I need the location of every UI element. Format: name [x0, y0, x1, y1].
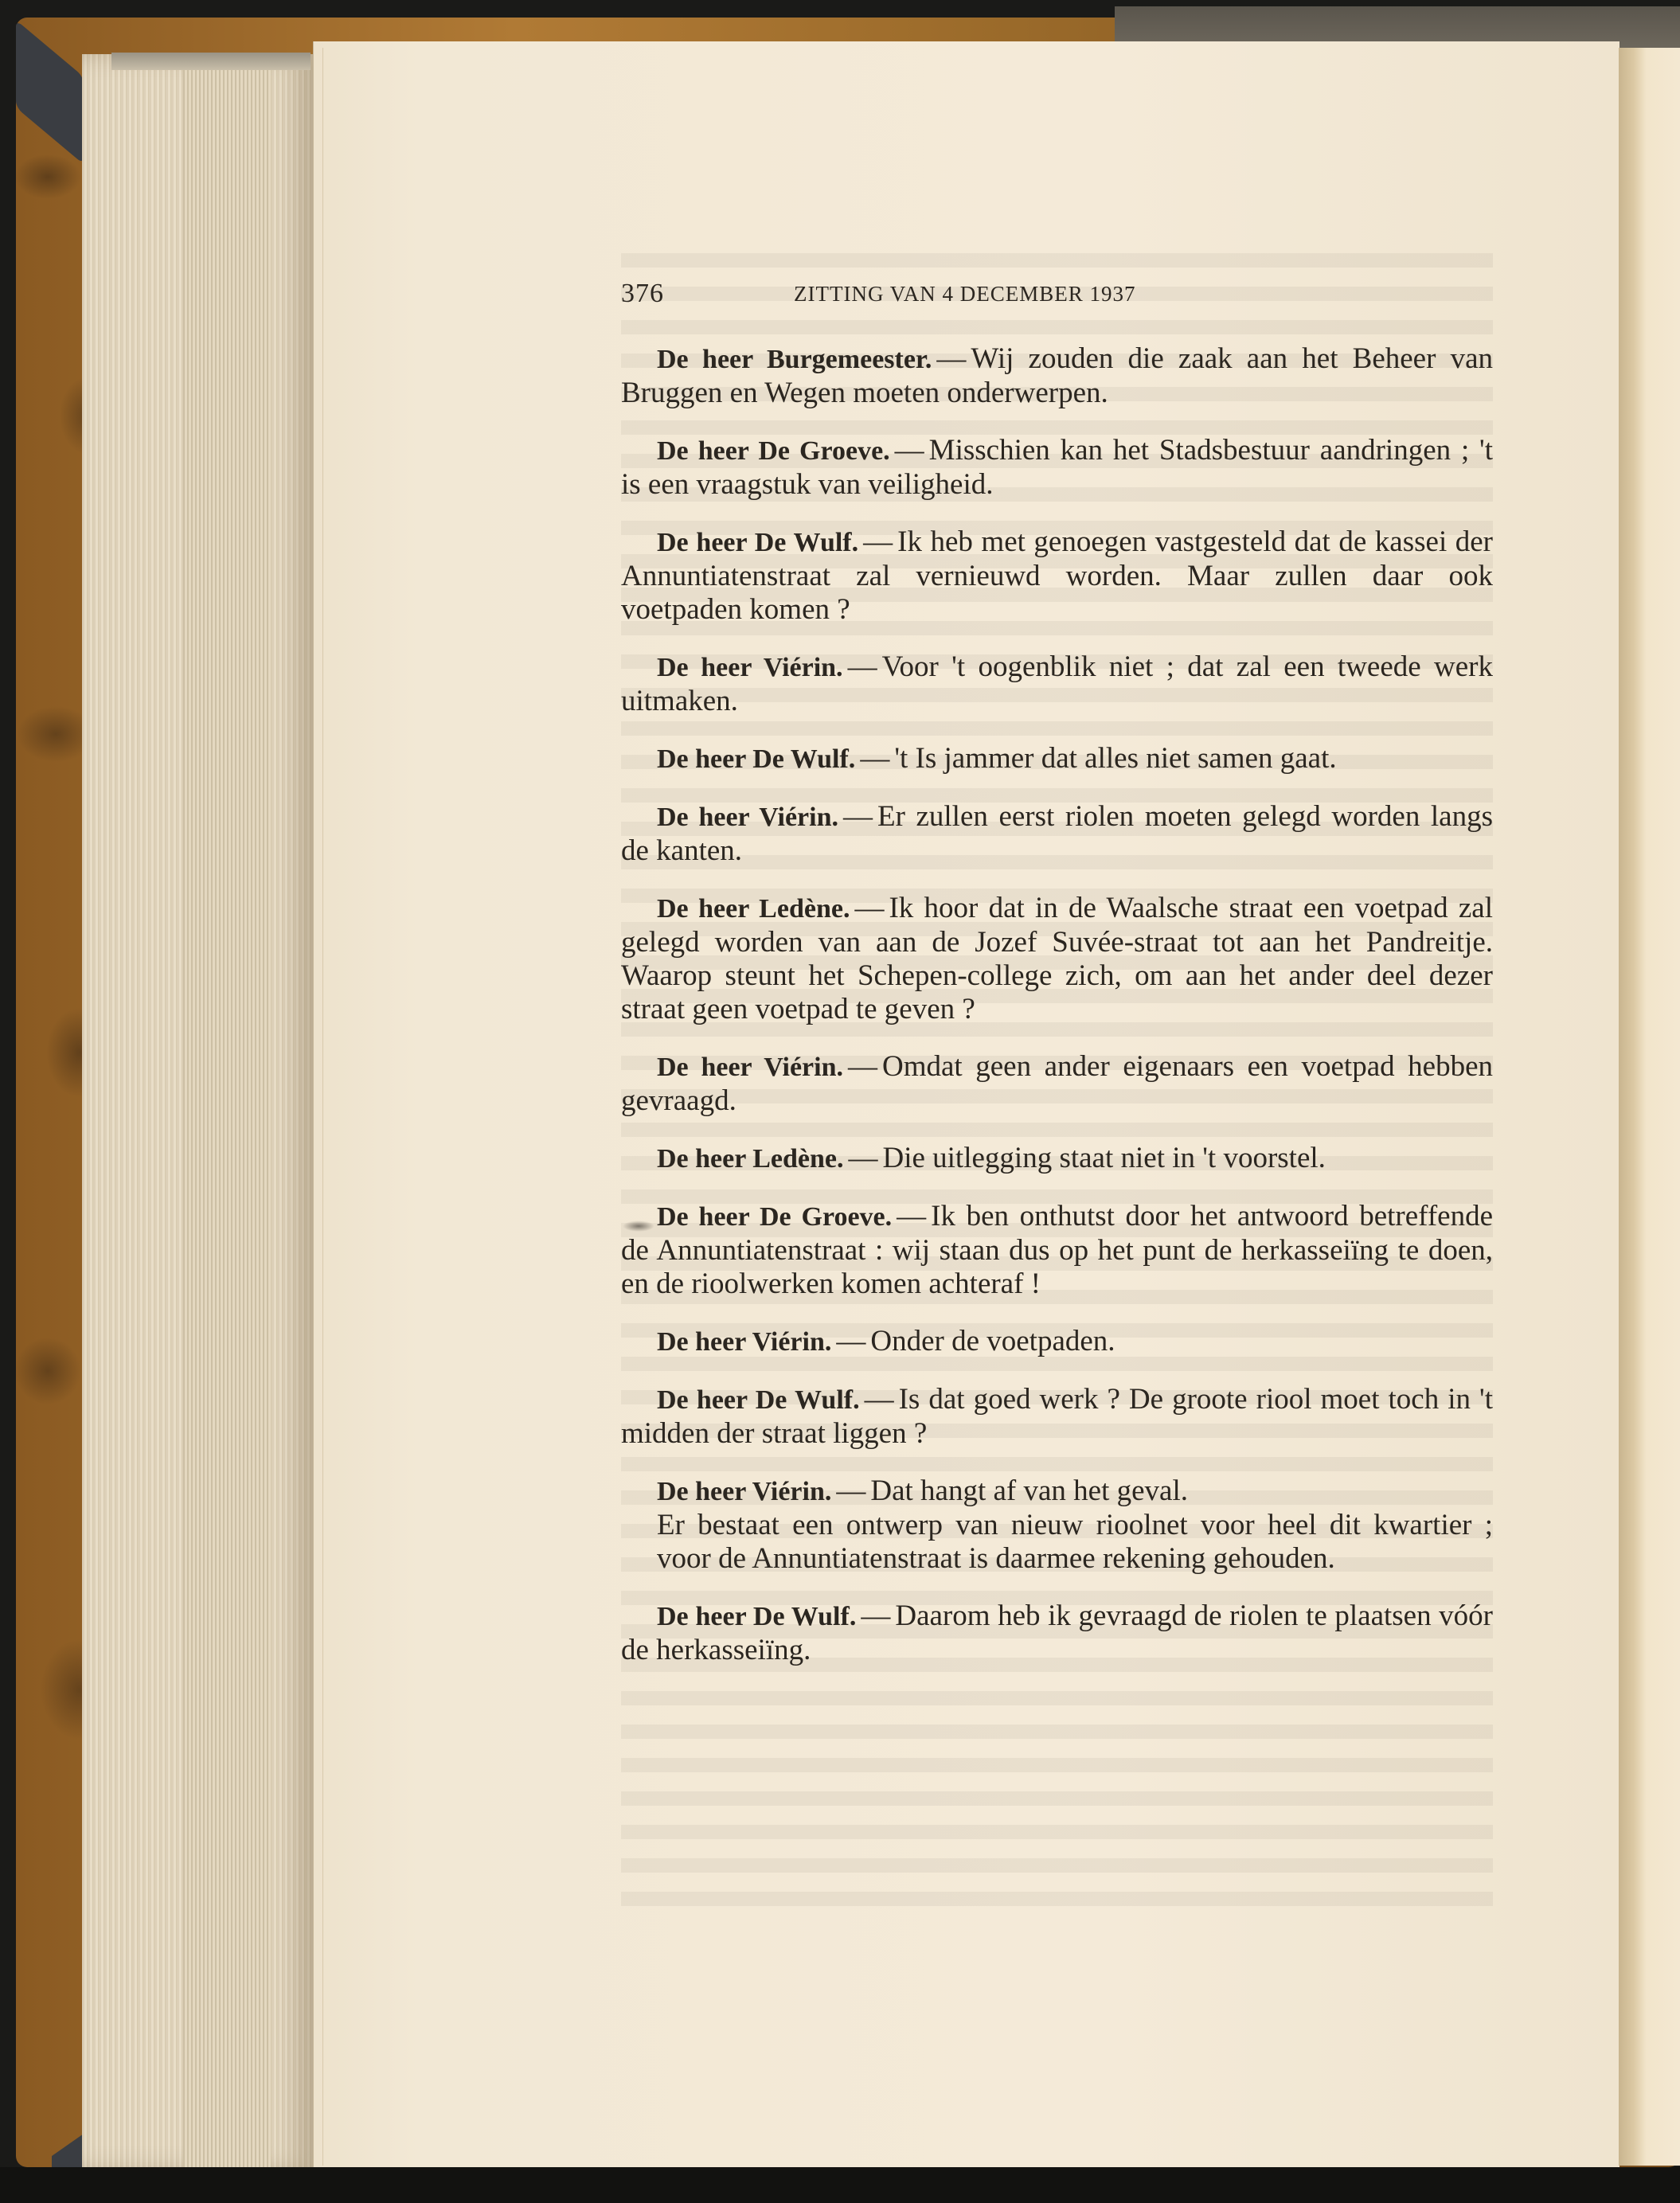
speaker-name: De heer Ledène. [621, 894, 850, 924]
running-head-title: ZITTING VAN 4 DECEMBER 1937 [794, 282, 1136, 307]
em-dash: — [892, 1200, 931, 1232]
speech-text: 't Is jammer dat alles niet samen gaat. [894, 742, 1336, 775]
speech-text: Dat hangt af van het geval. [870, 1475, 1188, 1507]
page-stack-top-shadow [111, 53, 311, 70]
em-dash: — [932, 342, 971, 375]
em-dash: — [858, 525, 897, 558]
page-number: 376 [621, 279, 664, 309]
em-dash: — [850, 892, 889, 924]
speech-paragraph: De heer Burgemeester.—Wij zouden die zaa… [621, 342, 1493, 410]
facing-page-edge [1619, 48, 1680, 2166]
speaker-name: De heer Viérin. [621, 803, 838, 832]
em-dash: — [843, 1142, 882, 1174]
page-edge-line [322, 48, 323, 2166]
speaker-name: De heer Ledène. [621, 1144, 843, 1174]
speaker-name: De heer De Wulf. [621, 1385, 860, 1415]
em-dash: — [838, 800, 877, 833]
em-dash: — [831, 1475, 870, 1507]
speech-text: Onder de voetpaden. [870, 1325, 1115, 1357]
speech-paragraph: De heer Viérin.—Onder de voetpaden. [621, 1325, 1493, 1359]
em-dash: — [843, 1050, 882, 1083]
speaker-name: De heer De Wulf. [621, 744, 855, 774]
speaker-name: De heer Viérin. [621, 653, 843, 682]
speech-paragraph: De heer De Wulf.—'t Is jammer dat alles … [621, 742, 1493, 776]
background-shadow [0, 2167, 1680, 2203]
em-dash: — [855, 742, 894, 775]
speech-text: Die uitlegging staat niet in 't voorstel… [882, 1142, 1325, 1174]
speaker-name: De heer De Groeve. [621, 436, 890, 466]
speech-paragraph: De heer De Wulf.—Daarom heb ik gevraagd … [621, 1600, 1493, 1667]
speaker-name: De heer De Wulf. [621, 528, 858, 557]
em-dash: — [890, 434, 929, 467]
speech-paragraph: De heer Viérin.—Omdat geen ander eigenaa… [621, 1050, 1493, 1118]
em-dash: — [843, 650, 882, 683]
speech-paragraph: De heer De Wulf.—Ik heb met genoegen vas… [621, 525, 1493, 627]
em-dash: — [831, 1325, 870, 1357]
speech-paragraph: De heer Viérin.—Dat hangt af van het gev… [621, 1475, 1493, 1576]
speech-paragraph: De heer De Wulf.—Is dat goed werk ? De g… [621, 1383, 1493, 1451]
em-dash: — [860, 1383, 899, 1416]
speech-paragraph: De heer De Groeve.—Ik ben onthutst door … [621, 1200, 1493, 1301]
speech-paragraph: De heer Viérin.—Er zullen eerst riolen m… [621, 800, 1493, 868]
speech-continuation: Er bestaat een ontwerp van nieuw rioolne… [621, 1509, 1493, 1576]
speaker-name: De heer De Groeve. [621, 1202, 892, 1232]
speech-paragraph: De heer Viérin.—Voor 't oogenblik niet ;… [621, 650, 1493, 718]
speaker-name: De heer Viérin. [621, 1327, 831, 1357]
speech-paragraph: De heer Ledène.—Die uitlegging staat nie… [621, 1142, 1493, 1176]
page-edges-inner [183, 70, 271, 2172]
speaker-name: De heer Burgemeester. [621, 345, 932, 374]
running-head: 376 ZITTING VAN 4 DECEMBER 1937 [621, 279, 1493, 311]
page-text-block: 376 ZITTING VAN 4 DECEMBER 1937 De heer … [621, 279, 1493, 1691]
speaker-name: De heer Viérin. [621, 1477, 831, 1506]
speech-paragraph: De heer Ledène.—Ik hoor dat in de Waalsc… [621, 892, 1493, 1026]
em-dash: — [856, 1600, 895, 1632]
speaker-name: De heer Viérin. [621, 1053, 843, 1082]
speaker-name: De heer De Wulf. [621, 1602, 856, 1631]
speech-paragraph: De heer De Groeve.—Misschien kan het Sta… [621, 434, 1493, 502]
